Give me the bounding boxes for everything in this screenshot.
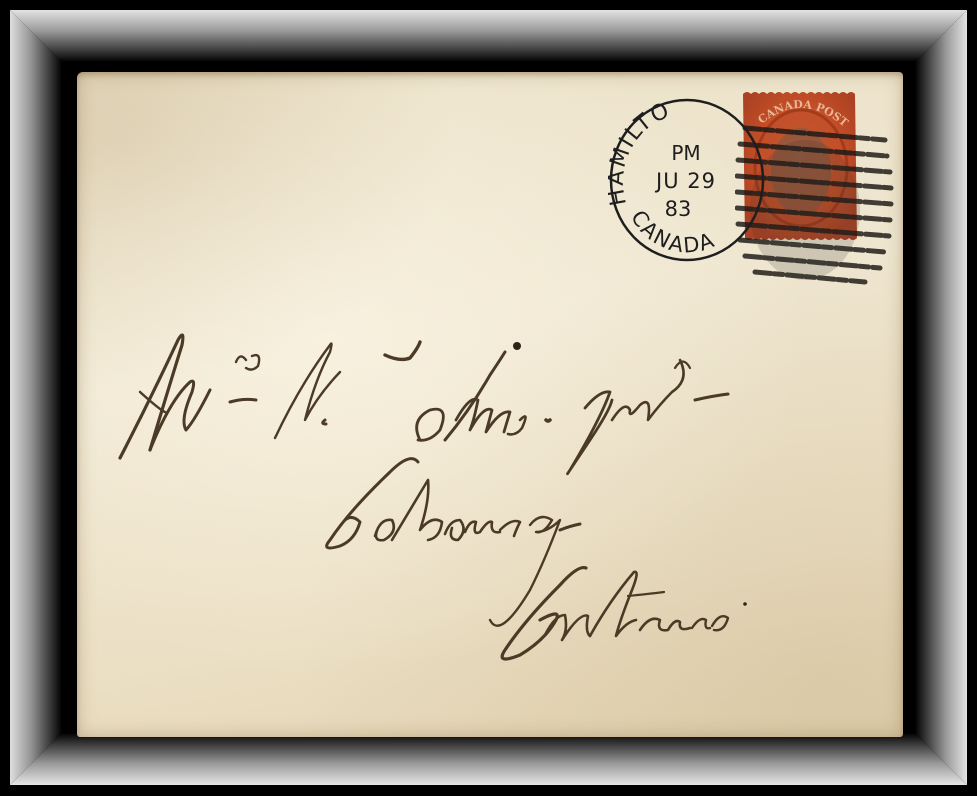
postmark-year: 83: [665, 197, 692, 221]
postmark-circular-date-stamp: HAMILTO CANADA PM JU 29 83: [608, 96, 766, 264]
frame-bevel-top: [10, 10, 967, 62]
postmark-time: PM: [671, 141, 700, 165]
postmark-date: JU 29: [654, 169, 716, 193]
address-line-1: Mrs. W. Toms. Jun.: [0, 0, 1, 1]
frame-bevel-bottom: [10, 733, 967, 785]
address-transcription: Mrs. W. Toms. Jun. Cobourg - Ontario: [0, 0, 1, 1]
frame-bevel-right: [915, 10, 967, 785]
frame-bevel-left: [10, 10, 62, 785]
